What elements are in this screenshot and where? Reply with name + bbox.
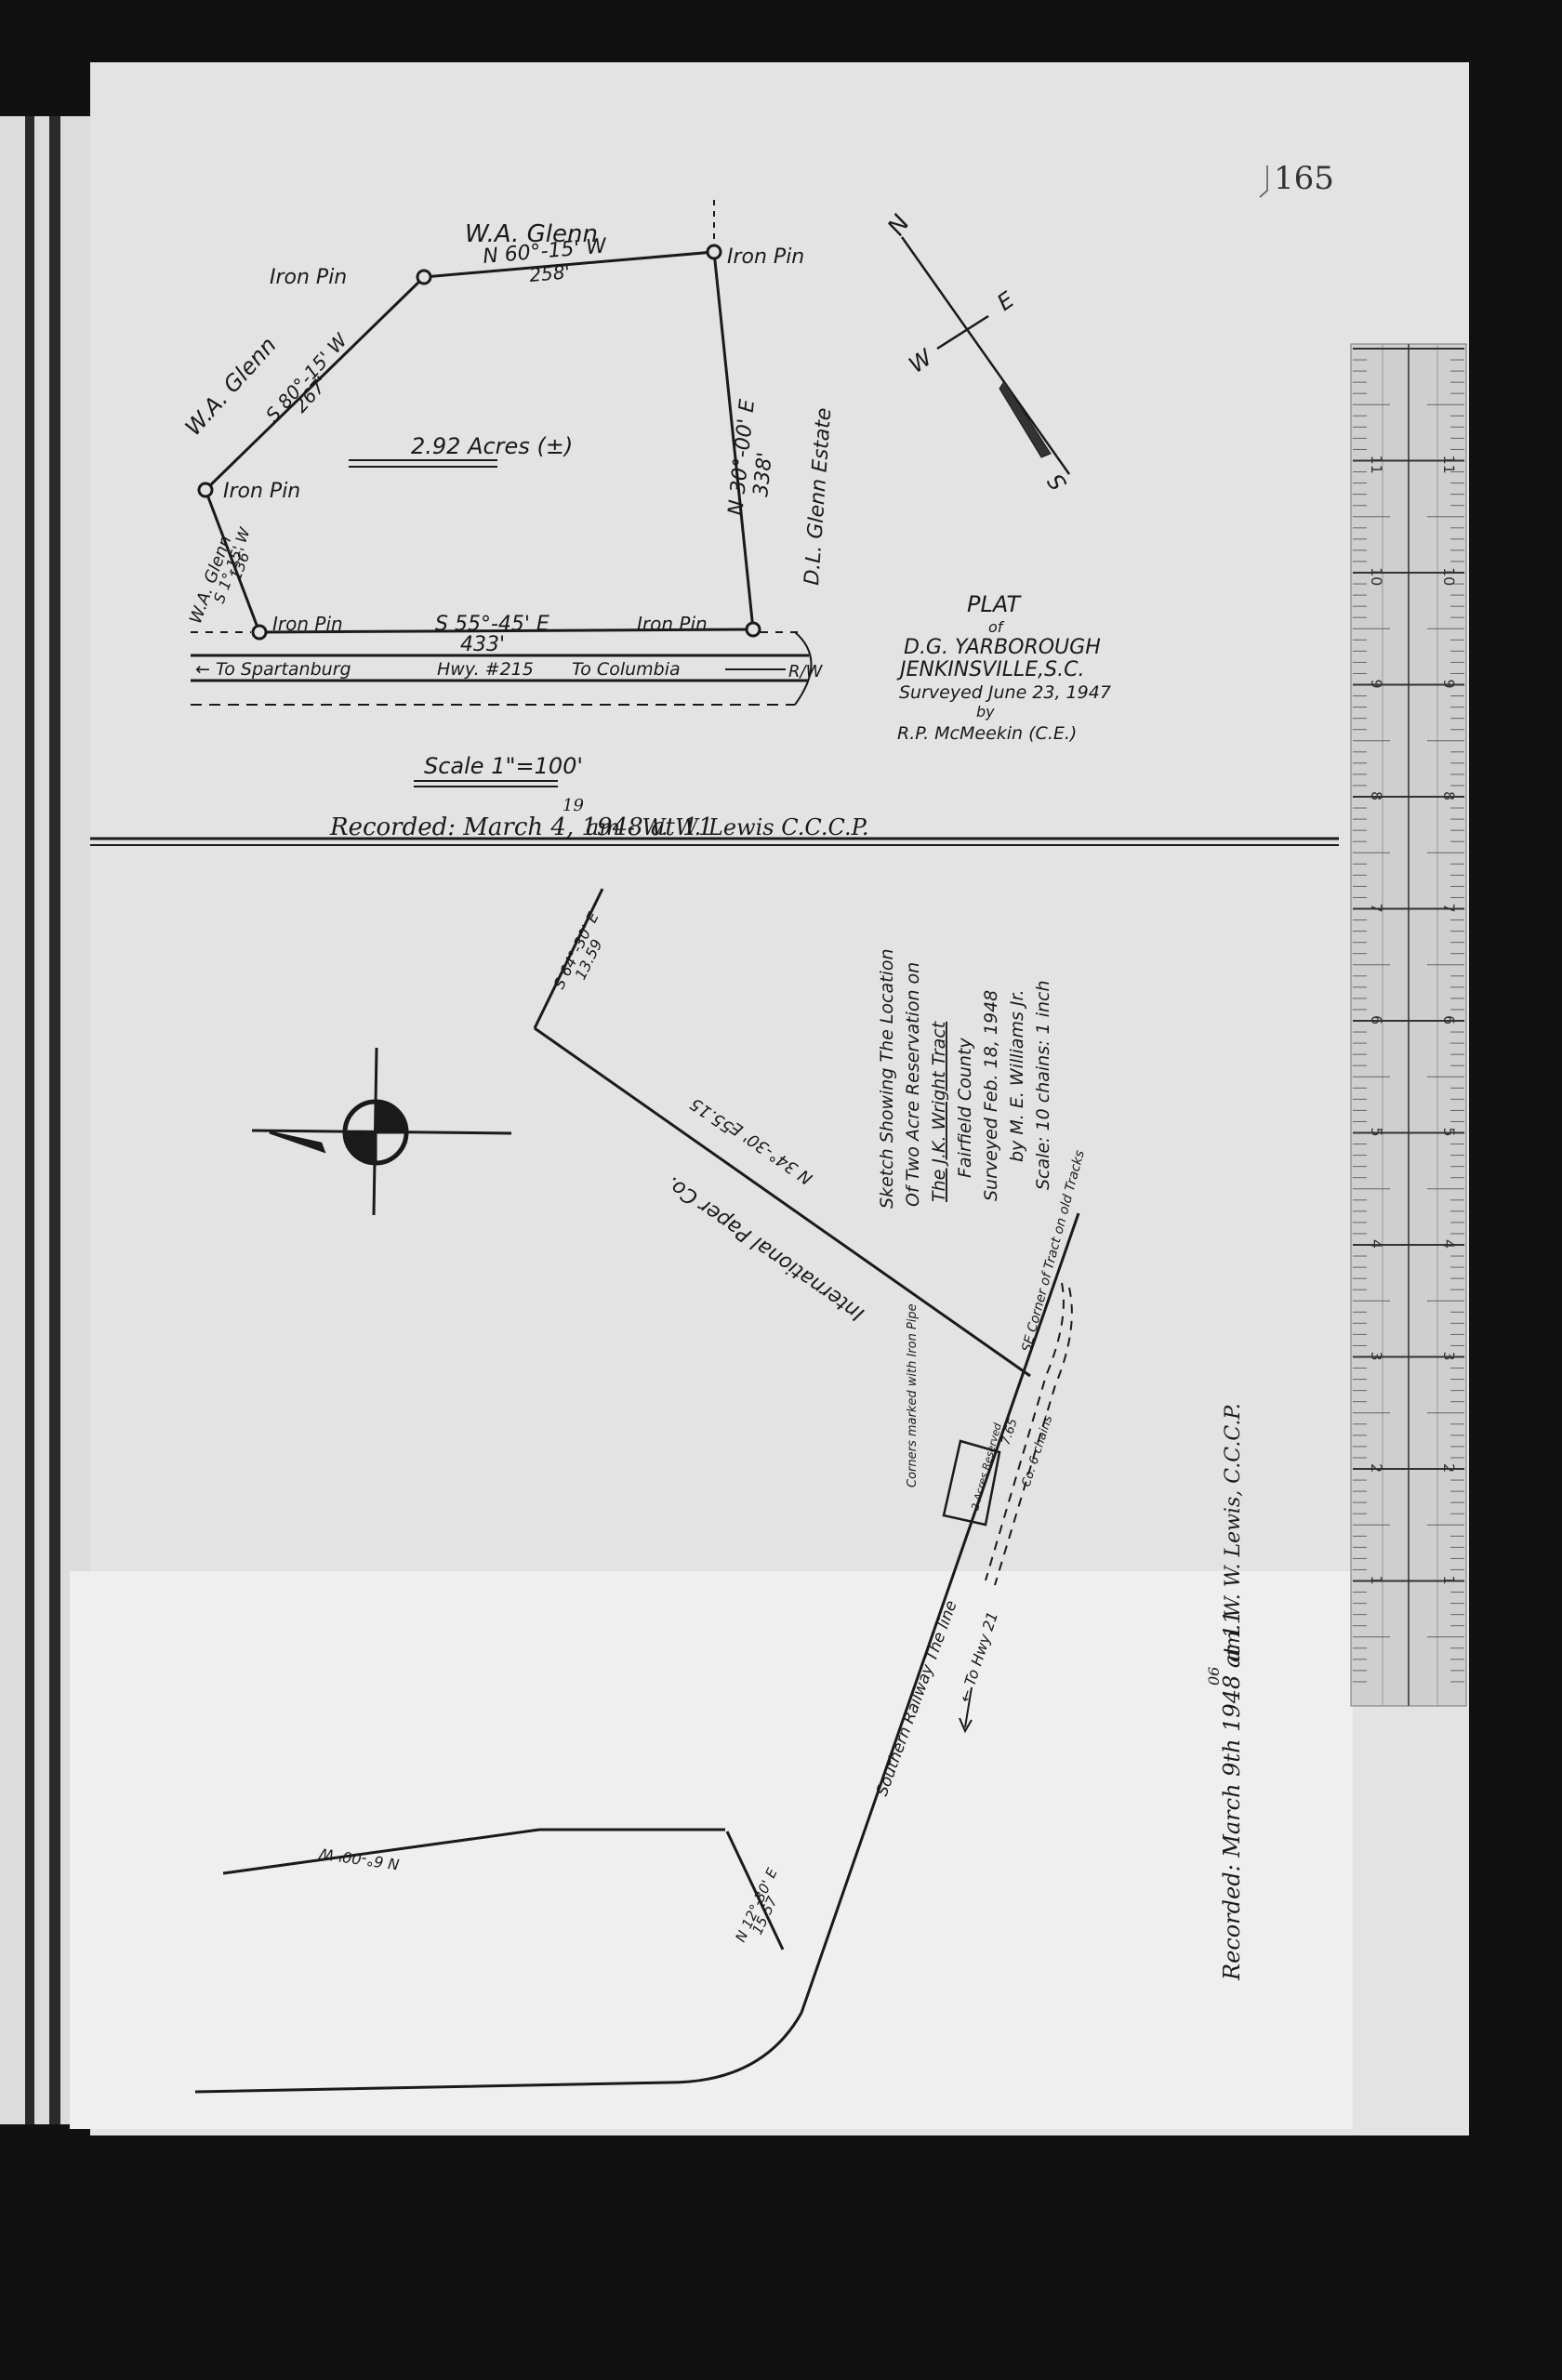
railway-label: Southern Railway The line xyxy=(873,1598,961,1799)
corner-label: Iron Pin xyxy=(727,245,804,269)
ruler-label: 5 xyxy=(1368,1127,1385,1136)
distance-label: 338' xyxy=(749,451,777,497)
right-of-way-label: R/W xyxy=(788,662,824,681)
page-number: 165 xyxy=(1274,160,1334,197)
ruler-label: 1 xyxy=(1440,1575,1458,1584)
svg-text:Of Two Acre Reservation on: Of Two Acre Reservation on xyxy=(903,962,923,1207)
ruler-label: 8 xyxy=(1368,791,1385,800)
corners-note: Corners marked with Iron Pipe xyxy=(906,1303,920,1487)
ruler-label: 4 xyxy=(1440,1239,1458,1249)
bearing-label: N 34°-30' E xyxy=(726,1117,816,1188)
ruler-label: 8 xyxy=(1440,791,1458,800)
corner-label: Iron Pin xyxy=(272,613,343,635)
corner-label: Iron Pin xyxy=(637,613,708,635)
plat-location: JENKINSVILLE,S.C. xyxy=(896,658,1084,681)
compass-west: W xyxy=(904,344,938,378)
ruler-label: 1 xyxy=(1368,1575,1385,1584)
plat-survey-date: Surveyed June 23, 1947 xyxy=(899,682,1111,703)
svg-text:am. W. W. Lewis, C.C.C.P.: am. W. W. Lewis, C.C.C.P. xyxy=(1222,1403,1245,1662)
corner-label: Iron Pin xyxy=(223,480,300,503)
plat-title: PLAT xyxy=(967,591,1023,617)
svg-text:Recorded: March 9th 1948 at 11: Recorded: March 9th 1948 at 11 xyxy=(1219,1610,1245,1981)
plat-by: by xyxy=(976,703,995,721)
compass-north: N xyxy=(882,210,916,241)
distance-label: 433' xyxy=(460,633,505,656)
ruler-label: 2 xyxy=(1368,1463,1385,1473)
scale-label: Scale 1"=100' xyxy=(424,753,583,779)
ruler-label: 11 xyxy=(1368,455,1385,473)
ruler-label: 11 xyxy=(1440,455,1458,473)
svg-text:by M. E. Williams Jr.: by M. E. Williams Jr. xyxy=(1007,989,1027,1162)
ruler-label: 7 xyxy=(1440,903,1458,912)
recording-stamp-1-minutes: 19 xyxy=(563,796,584,815)
area-label: 2.92 Acres (±) xyxy=(411,433,573,459)
distance-label: 55.15 xyxy=(687,1093,737,1137)
svg-text:Sketch Showing The Location: Sketch Showing The Location xyxy=(877,949,897,1210)
plat-drawing: 165 W.A. Glenn N 60°-15' W 258' Iron Pin xyxy=(0,0,1562,2380)
ruler-label: 6 xyxy=(1440,1015,1458,1025)
svg-text:Surveyed Feb. 18, 1948: Surveyed Feb. 18, 1948 xyxy=(981,990,1001,1201)
svg-text:Fairfield County: Fairfield County xyxy=(955,1038,975,1178)
ruler-label: 6 xyxy=(1368,1015,1385,1025)
svg-text:06: 06 xyxy=(1205,1667,1223,1686)
corner-label: Iron Pin xyxy=(270,266,347,289)
se-corner-note: SE Corner of Tract on old Tracks xyxy=(1019,1149,1087,1354)
ruler-label: 3 xyxy=(1368,1351,1385,1360)
ruler-label: 9 xyxy=(1368,679,1385,688)
adjoiner-label: D.L. Glenn Estate xyxy=(801,407,836,587)
ruler-label: 2 xyxy=(1440,1463,1458,1473)
ruler-label: 7 xyxy=(1368,903,1385,912)
plat-surveyor: R.P. McMeekin (C.E.) xyxy=(897,723,1077,744)
chain-distance: 7.65 xyxy=(999,1417,1021,1447)
recording-stamp-1-tail: am - W. W. Lewis C.C.C.P. xyxy=(586,814,869,840)
ruler-label: 4 xyxy=(1368,1239,1385,1249)
bearing-label: N 6°-00' W xyxy=(317,1844,401,1873)
adjoiner-label: W.A. Glenn xyxy=(180,332,282,441)
ruler-label: 10 xyxy=(1440,567,1458,586)
north-arrow-icon xyxy=(252,1048,511,1215)
svg-text:The J.K. Wright Tract: The J.K. Wright Tract xyxy=(929,1020,949,1202)
svg-text:Scale: 10 chains: 1 inch: Scale: 10 chains: 1 inch xyxy=(1033,980,1053,1190)
distance-label: 258' xyxy=(528,260,571,286)
sketch-title: Sketch Showing The Location Of Two Acre … xyxy=(877,949,1053,1210)
ruler-label: 3 xyxy=(1440,1351,1458,1360)
road-direction-left: ← To Spartanburg xyxy=(195,659,351,680)
recording-stamp-2: Recorded: March 9th 1948 at 11 06 am. W.… xyxy=(1205,1403,1245,1981)
road-direction-right: To Columbia xyxy=(572,659,681,680)
measuring-ruler xyxy=(1351,344,1466,1706)
chain-note: Co. 6 chains xyxy=(1020,1414,1056,1489)
ruler-label: 10 xyxy=(1368,567,1385,586)
plat-owner: D.G. YARBOROUGH xyxy=(904,636,1101,659)
ruler-label: 9 xyxy=(1440,679,1458,688)
compass-east: E xyxy=(992,286,1019,316)
plat-title-of: of xyxy=(988,618,1005,636)
ruler-label: 5 xyxy=(1440,1127,1458,1136)
adjoiner-label: International Paper Co. xyxy=(662,1171,868,1326)
reservation-label: 2 Acres Reserved xyxy=(969,1421,1004,1511)
road-name: Hwy. #215 xyxy=(437,659,534,680)
highway-label: ← To Hwy 21 xyxy=(956,1609,1001,1704)
